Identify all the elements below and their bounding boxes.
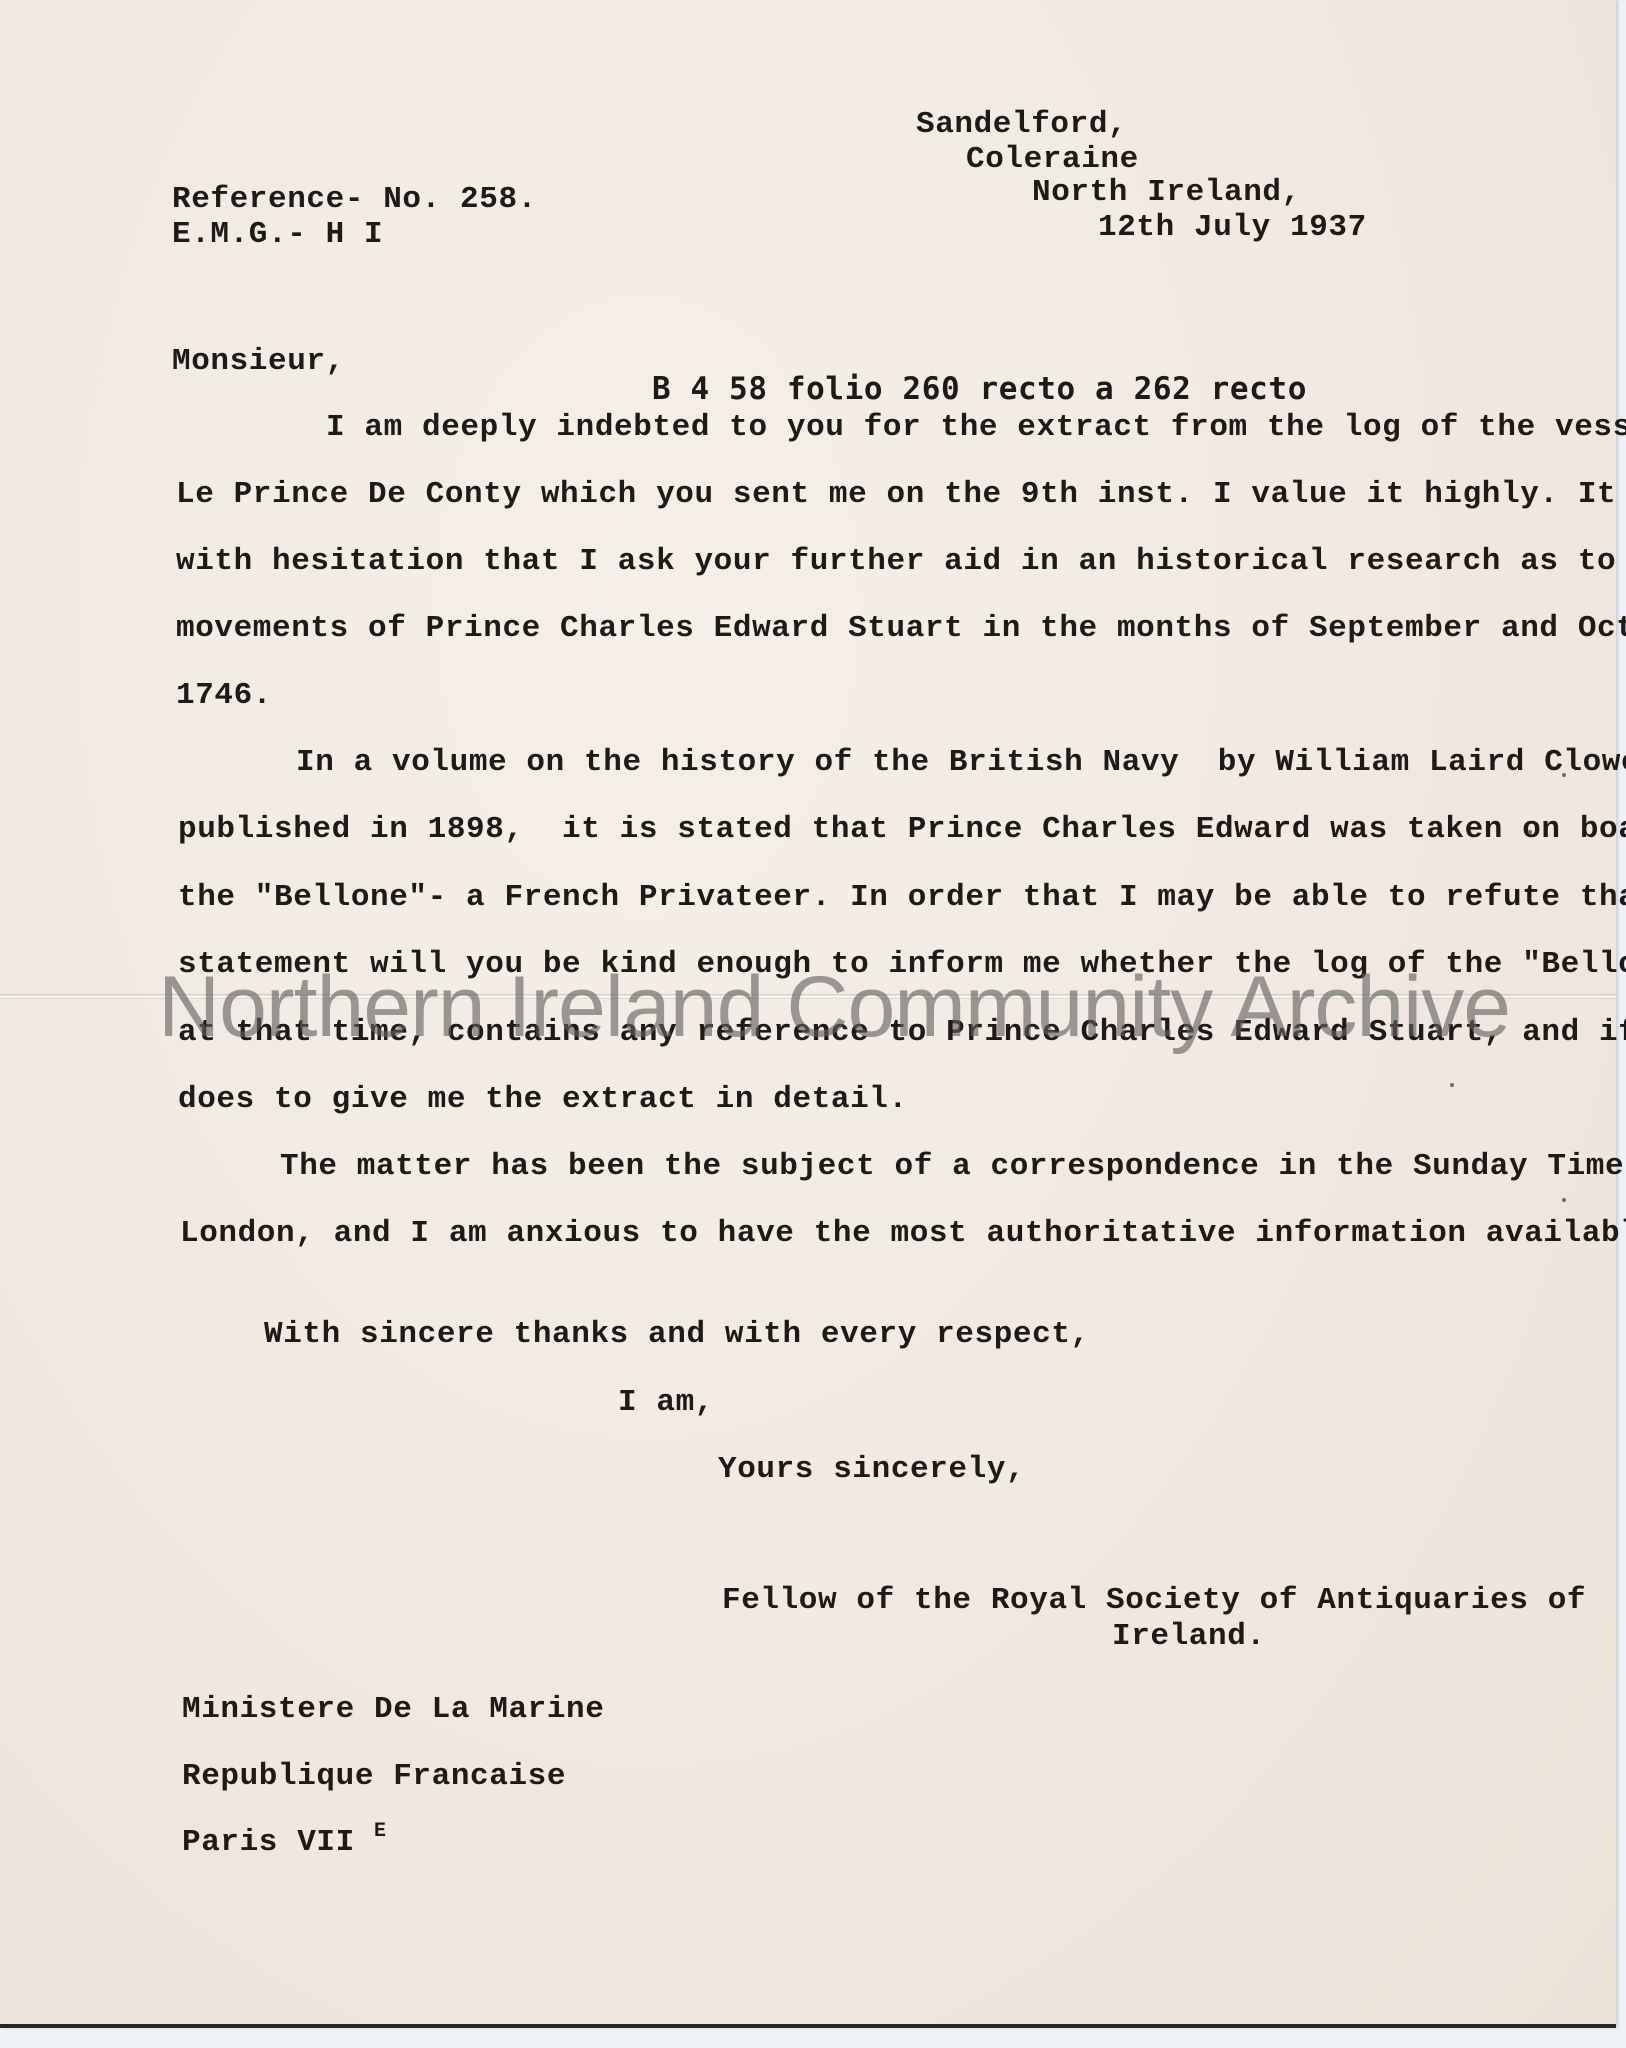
closing-yours-sincerely: Yours sincerely, xyxy=(718,1453,1025,1487)
paragraph-1-line-5: 1746. xyxy=(176,679,272,713)
signature-title-line-1: Fellow of the Royal Society of Antiquari… xyxy=(722,1584,1586,1618)
paragraph-2-line-2: published in 1898, it is stated that Pri… xyxy=(178,813,1626,847)
reference-number: Reference- No. 258. xyxy=(172,183,537,217)
paragraph-1-line-1: I am deeply indebted to you for the extr… xyxy=(326,411,1626,445)
recipient-city: Paris VII xyxy=(182,1825,355,1860)
paragraph-3-line-2: London, and I am anxious to have the mos… xyxy=(180,1217,1626,1251)
archive-watermark: Northern Ireland Community Archive xyxy=(158,958,1510,1057)
paragraph-1-line-2: Le Prince De Conty which you sent me on … xyxy=(176,478,1626,512)
paragraph-2-line-1: In a volume on the history of the Britis… xyxy=(296,746,1626,780)
recipient-arrondissement-superscript: E xyxy=(374,1820,387,1843)
address-line-1: Sandelford, xyxy=(916,108,1127,142)
archive-annotation: B 4 58 folio 260 recto a 262 recto xyxy=(652,372,1307,406)
signature-title-line-2: Ireland. xyxy=(1112,1620,1266,1654)
closing-line: With sincere thanks and with every respe… xyxy=(264,1318,1090,1352)
paper-speck xyxy=(1528,830,1532,834)
recipient-line-1: Ministere De La Marine xyxy=(182,1693,604,1727)
address-line-2: Coleraine xyxy=(966,143,1139,177)
letter-page: Sandelford, Coleraine North Ireland, 12t… xyxy=(0,0,1616,2028)
paragraph-1-line-4: movements of Prince Charles Edward Stuar… xyxy=(176,612,1626,646)
salutation: Monsieur, xyxy=(172,345,345,379)
recipient-line-3: Paris VII E xyxy=(182,1826,387,1863)
paper-speck xyxy=(1450,1083,1454,1087)
paper-speck xyxy=(1562,1198,1566,1202)
paragraph-2-line-3: the "Bellone"- a French Privateer. In or… xyxy=(178,881,1626,915)
address-line-3: North Ireland, xyxy=(1032,176,1301,210)
paragraph-1-line-3: with hesitation that I ask your further … xyxy=(176,545,1626,579)
paragraph-3-line-1: The matter has been the subject of a cor… xyxy=(280,1150,1626,1184)
recipient-line-2: Republique Francaise xyxy=(182,1760,566,1794)
reference-initials: E.M.G.- H I xyxy=(172,218,383,252)
paper-speck xyxy=(1562,773,1566,777)
closing-i-am: I am, xyxy=(618,1386,714,1420)
paragraph-2-line-6: does to give me the extract in detail. xyxy=(178,1083,908,1117)
letter-date: 12th July 1937 xyxy=(1098,211,1367,245)
